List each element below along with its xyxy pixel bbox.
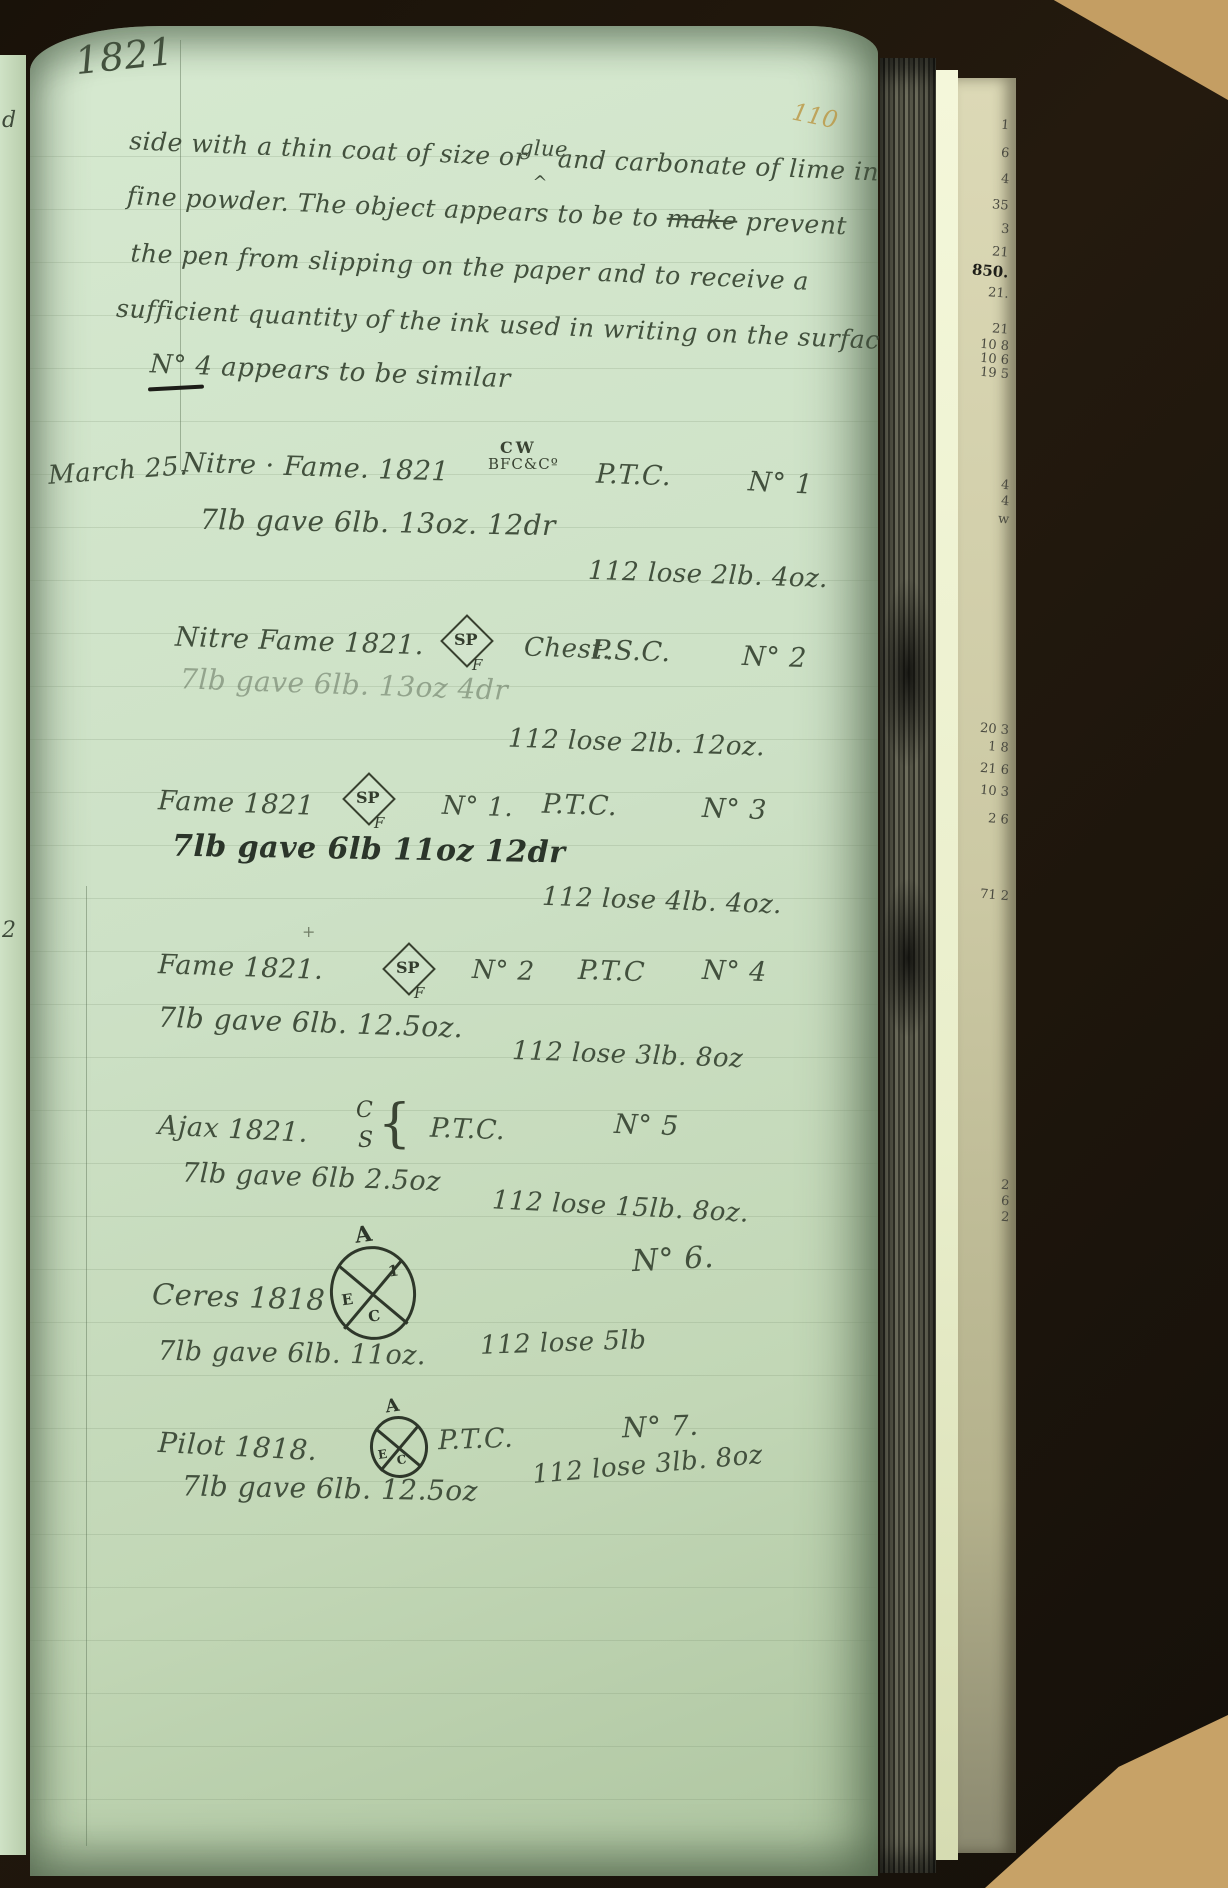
entry-title: Fame 1821.	[158, 949, 324, 986]
edge-number: 1 8	[988, 739, 1010, 756]
maker-mark-diamond: SP F	[380, 946, 438, 1004]
edge-number: 21 6	[979, 761, 1009, 778]
edge-number: 4	[1000, 494, 1010, 510]
mark-bottom: S	[358, 1128, 373, 1153]
paragraph-line-2: fine powder. The object appears to be to…	[126, 181, 847, 240]
edge-number: 3	[1000, 222, 1010, 238]
paragraph-line-4: sufficient quantity of the ink used in w…	[116, 294, 896, 356]
maker-mark-diamond: SP F	[340, 776, 398, 834]
mark-main: SP	[356, 788, 380, 807]
mark-sub: F	[374, 814, 384, 832]
entry-number: N° 3	[701, 793, 767, 826]
entry-number: N° 6.	[631, 1240, 715, 1279]
entry-grade: P.S.C.	[591, 635, 671, 669]
edge-number: 6	[1000, 1194, 1010, 1210]
manuscript-photo: d2 1821 110 side with a thin coat of siz…	[0, 0, 1228, 1888]
maker-mark: CW BFC&Cº	[488, 440, 559, 473]
edge-number: 20 3	[979, 721, 1009, 738]
entry-number: N° 7.	[621, 1409, 699, 1445]
section-divider	[148, 385, 204, 392]
ledger-entry: March 25. Nitre · Fame. 1821 CW BFC&Cº P…	[30, 438, 878, 608]
edge-number: 10 3	[979, 783, 1009, 800]
mark-brace: {	[378, 1094, 411, 1154]
entry-gave: 7lb gave 6lb. 11oz.	[158, 1336, 427, 1372]
entry-title: Nitre Fame 1821.	[175, 622, 425, 662]
fore-edge-smudge	[880, 878, 936, 1038]
entry-lose: 112 lose 2lb. 4oz.	[588, 556, 829, 594]
struck-word: make	[666, 204, 738, 236]
desk-surface-bottom-right	[985, 1715, 1228, 1888]
left-edge-fragment: 2	[2, 918, 16, 943]
ledger-entry: Fame 1821 SP F N° 1. P.T.C. N° 3 7lb gav…	[30, 778, 878, 948]
edge-number: 21	[992, 321, 1010, 337]
paragraph-line-3: the pen from slipping on the paper and t…	[130, 238, 810, 295]
entry-gave: 7lb gave 6lb. 13oz. 12dr	[200, 503, 557, 542]
entry-number: N° 4	[701, 955, 767, 988]
next-page-edge	[936, 70, 958, 1860]
maker-mark-cs: C { S	[356, 1100, 420, 1164]
entry-title: Pilot 1818.	[157, 1426, 318, 1467]
entry-grade: P.T.C.	[595, 459, 671, 493]
entry-sample: N° 2	[471, 955, 535, 987]
ledger-entry: Ajax 1821. C { S P.T.C. N° 5 7lb gave 6l…	[30, 1098, 878, 1238]
entry-annotation: +	[302, 922, 315, 941]
entry-grade: P.T.C	[577, 955, 645, 988]
edge-number: 35	[992, 197, 1010, 213]
edge-number: 21.	[988, 285, 1010, 302]
entry-lose: 112 lose 4lb. 4oz.	[542, 882, 783, 920]
page-number: 110	[790, 98, 841, 135]
edge-number: 2 6	[988, 811, 1010, 828]
ledger-entry: Ceres 1818 A E C 1 N° 6. 7lb gave 6lb. 1…	[30, 1254, 878, 1394]
entry-gave: 7lb gave 6lb. 12.5oz.	[158, 1001, 464, 1045]
entry-lose: 112 lose 2lb. 12oz.	[508, 724, 766, 763]
line2-pre: fine powder. The object appears to be to	[126, 181, 659, 232]
line1-pre: side with a thin coat of size or	[129, 126, 528, 172]
entry-number: N° 1	[747, 466, 813, 500]
entry-lose: 112 lose 3lb. 8oz	[512, 1036, 744, 1074]
entry-lose: 112 lose 15lb. 8oz.	[491, 1185, 749, 1228]
entry-lose: 112 lose 5lb	[480, 1325, 647, 1361]
left-edge-fragment: d	[2, 108, 16, 133]
entry-title: Fame 1821	[158, 785, 315, 821]
mark-letter-top: A	[384, 1395, 401, 1418]
entry-gave: 7lb gave 6lb 11oz 12dr	[172, 829, 566, 871]
entry-title: Nitre · Fame. 1821	[182, 447, 450, 487]
entry-grade: P.T.C.	[437, 1423, 513, 1457]
left-sliver: d2	[0, 55, 26, 1855]
entry-number: N° 5	[613, 1109, 679, 1142]
ledger-page: 1821 110 side with a thin coat of size o…	[30, 26, 878, 1876]
edge-number: 6	[1000, 146, 1010, 162]
entry-title: Ceres 1818	[151, 1277, 325, 1317]
edge-number: 21	[992, 244, 1010, 260]
edge-numbers-column: 16435321850.21.2110 810 619 544w20 31 82…	[958, 78, 1016, 1853]
maker-mark-diamond: SP F	[438, 618, 496, 676]
mark-letter-left: E	[377, 1447, 388, 1462]
entry-date: March 25.	[47, 451, 189, 491]
mark-main: SP	[454, 630, 478, 649]
mark-letter-top: A	[353, 1221, 374, 1249]
desk-surface-top-right	[1030, 0, 1228, 100]
edge-number: 1	[1000, 118, 1010, 134]
mark-main: SP	[396, 958, 420, 977]
ledger-entry: + Fame 1821. SP F N° 2 P.T.C N° 4 7lb ga…	[30, 938, 878, 1088]
line2-post: prevent	[745, 207, 847, 240]
entry-grade: P.T.C.	[429, 1113, 505, 1147]
mark-letter-left: E	[340, 1290, 354, 1309]
edge-number: 19 5	[979, 365, 1009, 382]
line1-post: and carbonate of lime in	[557, 144, 879, 186]
insertion-mark: glue^	[535, 166, 549, 167]
mark-bottom: BFC&Cº	[488, 457, 559, 473]
maker-mark-circle: A E C	[366, 1412, 432, 1481]
entry-lose: 112 lose 3lb. 8oz	[531, 1440, 764, 1490]
edge-number: 71 2	[979, 887, 1009, 904]
book-fore-edge	[880, 58, 936, 1873]
mark-letter-bottom: C	[396, 1452, 407, 1467]
edge-number: w	[997, 512, 1009, 528]
mark-sub: F	[414, 984, 424, 1002]
paragraph-line-1: side with a thin coat of size or glue^ a…	[129, 126, 880, 186]
entry-number: N° 2	[741, 641, 807, 674]
edge-number: 4	[1000, 478, 1010, 494]
entry-sample: N° 1.	[441, 791, 513, 823]
entry-gave: 7lb gave 6lb. 12.5oz	[182, 1469, 478, 1507]
edge-number: 2	[1000, 1210, 1010, 1226]
mark-sub: F	[472, 656, 482, 674]
edge-number: 4	[1000, 172, 1010, 188]
ledger-entry: Nitre Fame 1821. SP F Chest. P.S.C. N° 2…	[30, 618, 878, 788]
year-header: 1821	[73, 29, 176, 83]
mark-top: C	[356, 1098, 373, 1123]
entry-title: Ajax 1821.	[157, 1110, 308, 1149]
entry-grade: P.T.C.	[541, 789, 617, 823]
ledger-entry: Pilot 1818. A E C P.T.C. N° 7. 7lb gave …	[30, 1408, 878, 1538]
edge-number: 850.	[972, 260, 1010, 281]
caret-glyph: ^	[532, 172, 548, 194]
inserted-word: glue	[519, 136, 568, 162]
edge-number: 2	[1000, 1178, 1010, 1194]
fore-edge-smudge	[880, 578, 936, 768]
mark-letter-bottom: C	[367, 1306, 381, 1325]
maker-mark-circle: A E C 1	[324, 1240, 422, 1345]
